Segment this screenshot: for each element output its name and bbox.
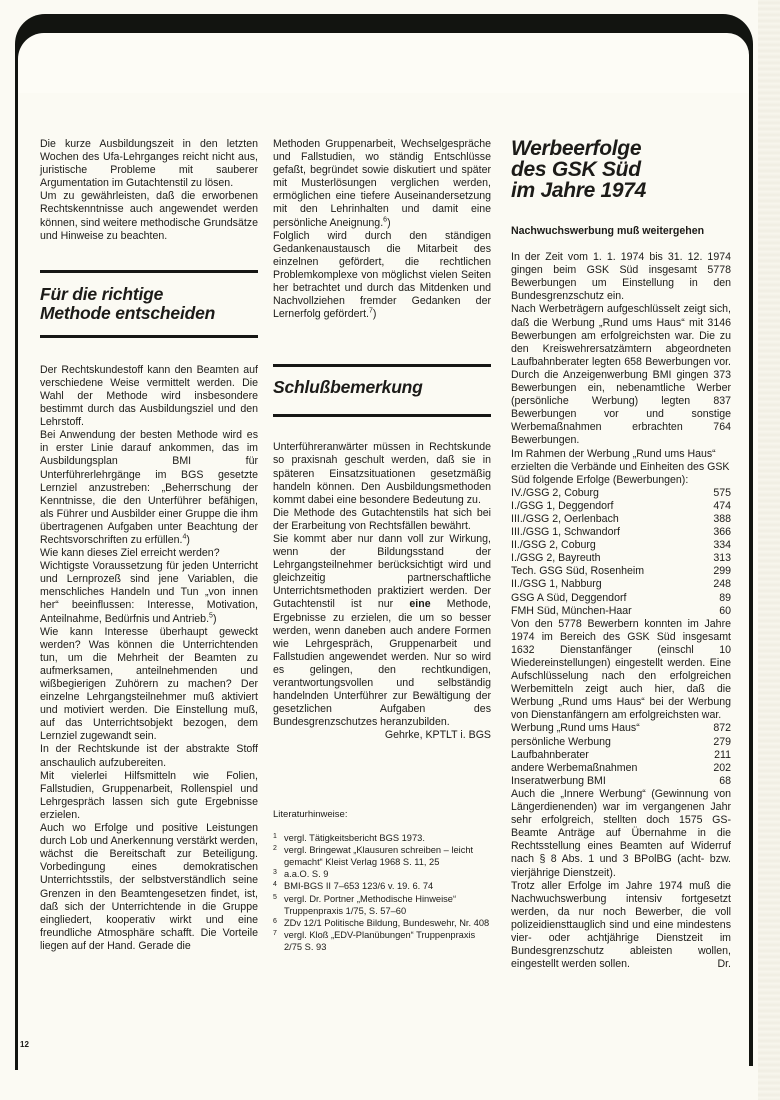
column-1: Die kurze Ausbildungszeit in den letzten… bbox=[40, 138, 258, 953]
literature-item: 5vergl. Dr. Portner „Methodische Hinweis… bbox=[273, 893, 491, 917]
paragraph-text: Methoden Gruppenarbeit, Wechselgespräche… bbox=[273, 138, 491, 229]
author-signature: Gehrke, KPTLT i. BGS bbox=[273, 729, 491, 742]
paragraph: Folglich wird durch den ständigen Gedank… bbox=[273, 230, 491, 322]
paragraph-text: Methode, Ergebnisse zu erzielen, die um … bbox=[273, 598, 491, 728]
table-row: I./GSG 1, Deggendorf474 bbox=[511, 500, 731, 513]
ref-text: a.a.O. S. 9 bbox=[284, 868, 328, 880]
ref-text: vergl. Tätigkeitsbericht BGS 1973. bbox=[284, 832, 425, 844]
intro-paragraph-1: Die kurze Ausbildungszeit in den letzten… bbox=[40, 138, 258, 190]
footnote-ref: 7 bbox=[369, 308, 373, 315]
table-row: FMH Süd, München-Haar60 bbox=[511, 605, 731, 618]
heading-line-2: Methode entscheiden bbox=[40, 303, 215, 323]
table-row: III./GSG 1, Schwandorf366 bbox=[511, 526, 731, 539]
channel-value: 211 bbox=[714, 749, 731, 762]
channel-value: 872 bbox=[713, 722, 731, 735]
paragraph: Bei Anwendung der besten Methode wird es… bbox=[40, 429, 258, 547]
ref-text: BMI-BGS II 7–653 123/6 v. 19. 6. 74 bbox=[284, 880, 433, 892]
paragraph: Methoden Gruppenarbeit, Wechselgespräche… bbox=[273, 138, 491, 230]
heading-line-1: Für die richtige bbox=[40, 284, 163, 304]
ref-number: 1 bbox=[273, 832, 284, 844]
table-row: Tech. GSG Süd, Rosenheim299 bbox=[511, 565, 731, 578]
section-heading-schlussbemerkung: Schlußbemerkung bbox=[273, 378, 491, 397]
paragraph: Von den 5778 Bewerbern konnten im Jahre … bbox=[511, 618, 731, 723]
literature-item: 6ZDv 12/1 Politische Bildung, Bundeswehr… bbox=[273, 917, 491, 929]
unit-name: III./GSG 2, Oerlenbach bbox=[511, 513, 619, 526]
unit-value: 89 bbox=[719, 592, 731, 605]
unit-name: Tech. GSG Süd, Rosenheim bbox=[511, 565, 644, 578]
ref-number: 7 bbox=[273, 929, 284, 953]
unit-value: 474 bbox=[713, 500, 731, 513]
unit-value: 313 bbox=[713, 552, 731, 565]
channel-name: persönliche Werbung bbox=[511, 736, 611, 749]
table-row: andere Werbemaßnahmen202 bbox=[511, 762, 731, 775]
page-frame-inner bbox=[18, 33, 749, 93]
headline-line-2: des GSK Süd bbox=[511, 158, 641, 181]
unit-name: II./GSG 1, Nabburg bbox=[511, 578, 602, 591]
page-frame-left-border bbox=[15, 50, 18, 1070]
paragraph: Unterführeranwärter müssen in Rechtskund… bbox=[273, 441, 491, 506]
literature-item: 1vergl. Tätigkeitsbericht BGS 1973. bbox=[273, 832, 491, 844]
literature-title: Literaturhinweise: bbox=[273, 808, 491, 821]
table-row: IV./GSG 2, Coburg575 bbox=[511, 487, 731, 500]
paragraph: Wichtigste Voraussetzung für jeden Unter… bbox=[40, 560, 258, 625]
table-row: Werbung „Rund ums Haus“872 bbox=[511, 722, 731, 735]
paragraph: Auch die „Innere Werbung“ (Gewinnung von… bbox=[511, 788, 731, 880]
channel-name: Inseratwerbung BMI bbox=[511, 775, 606, 788]
footnote-ref: 4 bbox=[183, 533, 187, 540]
unit-value: 388 bbox=[713, 513, 731, 526]
literature-list: 1vergl. Tätigkeitsbericht BGS 1973. 2ver… bbox=[273, 832, 491, 954]
paragraph: Mit vielerlei Hilfsmitteln wie Folien, F… bbox=[40, 770, 258, 822]
ref-text: vergl. Kloß „EDV-Planübungen“ Truppenpra… bbox=[284, 929, 491, 953]
page-frame-right-border bbox=[749, 50, 753, 1066]
channel-name: Laufbahnberater bbox=[511, 749, 589, 762]
channel-name: andere Werbemaßnahmen bbox=[511, 762, 637, 775]
paragraph-text: Bei Anwendung der besten Methode wird es… bbox=[40, 429, 258, 546]
paragraph: Wie kann Interesse überhaupt geweckt wer… bbox=[40, 626, 258, 744]
intro-paragraph-2: Um zu gewährleisten, daß die erworbenen … bbox=[40, 190, 258, 242]
article-headline: Werbeerfolge des GSK Süd im Jahre 1974 bbox=[511, 138, 731, 201]
author-initial: Dr. bbox=[717, 958, 731, 971]
recruitment-channel-table: Werbung „Rund ums Haus“872 persönliche W… bbox=[511, 722, 731, 787]
paragraph-text: Trotz aller Erfolge im Jahre 1974 muß di… bbox=[511, 880, 731, 971]
paragraph: Sie kommt aber nur dann voll zur Wirkung… bbox=[273, 533, 491, 729]
table-row: Inseratwerbung BMI68 bbox=[511, 775, 731, 788]
units-table: IV./GSG 2, Coburg575 I./GSG 1, Deggendor… bbox=[511, 487, 731, 618]
section-heading-methode: Für die richtige Methode entscheiden bbox=[40, 285, 258, 323]
channel-value: 202 bbox=[713, 762, 731, 775]
unit-name: GSG A Süd, Deggendorf bbox=[511, 592, 626, 605]
paragraph: Im Rahmen der Werbung „Rund ums Haus“ er… bbox=[511, 448, 731, 487]
page-number: 12 bbox=[20, 1040, 29, 1049]
unit-name: II./GSG 2, Coburg bbox=[511, 539, 596, 552]
unit-value: 575 bbox=[713, 487, 731, 500]
paragraph: In der Zeit vom 1. 1. 1974 bis 31. 12. 1… bbox=[511, 251, 731, 303]
unit-name: IV./GSG 2, Coburg bbox=[511, 487, 599, 500]
unit-value: 299 bbox=[713, 565, 731, 578]
paragraph-text: Wichtigste Voraussetzung für jeden Unter… bbox=[40, 560, 258, 624]
literature-item: 7vergl. Kloß „EDV-Planübungen“ Truppenpr… bbox=[273, 929, 491, 953]
paragraph: Der Rechtskundestoff kann den Beamten au… bbox=[40, 364, 258, 429]
channel-name: Werbung „Rund ums Haus“ bbox=[511, 722, 640, 735]
unit-value: 366 bbox=[713, 526, 731, 539]
paragraph: Wie kann dieses Ziel erreicht werden? bbox=[40, 547, 258, 560]
scan-edge bbox=[758, 0, 780, 1100]
ref-number: 6 bbox=[273, 917, 284, 929]
channel-value: 279 bbox=[713, 736, 731, 749]
column-3: Werbeerfolge des GSK Süd im Jahre 1974 N… bbox=[511, 138, 731, 971]
paragraph: Nach Werbeträgern aufgeschlüsselt zeigt … bbox=[511, 303, 731, 447]
paragraph: In der Rechtskunde ist der abstrakte Sto… bbox=[40, 743, 258, 769]
paragraph: Auch wo Erfolge und positive Leistungen … bbox=[40, 822, 258, 953]
unit-value: 248 bbox=[713, 578, 731, 591]
channel-value: 68 bbox=[719, 775, 731, 788]
paragraph-text: Folglich wird durch den ständigen Gedank… bbox=[273, 230, 491, 321]
table-row: Laufbahnberater211 bbox=[511, 749, 731, 762]
unit-name: I./GSG 1, Deggendorf bbox=[511, 500, 613, 513]
ref-text: vergl. Dr. Portner „Methodische Hinweise… bbox=[284, 893, 491, 917]
unit-value: 60 bbox=[719, 605, 731, 618]
table-row: persönliche Werbung279 bbox=[511, 736, 731, 749]
ref-number: 4 bbox=[273, 880, 284, 892]
paragraph: Trotz aller Erfolge im Jahre 1974 muß di… bbox=[511, 880, 731, 972]
paragraph: Die Methode des Gutachtenstils hat sich … bbox=[273, 507, 491, 533]
table-row: III./GSG 2, Oerlenbach388 bbox=[511, 513, 731, 526]
table-row: I./GSG 2, Bayreuth313 bbox=[511, 552, 731, 565]
literature-item: 4BMI-BGS II 7–653 123/6 v. 19. 6. 74 bbox=[273, 880, 491, 892]
table-row: GSG A Süd, Deggendorf89 bbox=[511, 592, 731, 605]
headline-line-3: im Jahre 1974 bbox=[511, 179, 646, 202]
emphasis: eine bbox=[409, 598, 430, 610]
literature-item: 3a.a.O. S. 9 bbox=[273, 868, 491, 880]
ref-text: vergl. Bringewat „Klausuren schreiben – … bbox=[284, 844, 491, 868]
unit-value: 334 bbox=[713, 539, 731, 552]
table-row: II./GSG 2, Coburg334 bbox=[511, 539, 731, 552]
unit-name: FMH Süd, München-Haar bbox=[511, 605, 632, 618]
unit-name: I./GSG 2, Bayreuth bbox=[511, 552, 601, 565]
column-2: Methoden Gruppenarbeit, Wechselgespräche… bbox=[273, 138, 491, 954]
ref-number: 3 bbox=[273, 868, 284, 880]
unit-name: III./GSG 1, Schwandorf bbox=[511, 526, 620, 539]
ref-number: 2 bbox=[273, 844, 284, 868]
headline-line-1: Werbeerfolge bbox=[511, 137, 641, 160]
ref-number: 5 bbox=[273, 893, 284, 917]
ref-text: ZDv 12/1 Politische Bildung, Bundeswehr,… bbox=[284, 917, 489, 929]
article-subheading: Nachwuchswerbung muß weitergehen bbox=[511, 225, 731, 238]
table-row: II./GSG 1, Nabburg248 bbox=[511, 578, 731, 591]
literature-item: 2vergl. Bringewat „Klausuren schreiben –… bbox=[273, 844, 491, 868]
footnote-ref: 6 bbox=[383, 216, 387, 223]
footnote-ref: 5 bbox=[209, 612, 213, 619]
